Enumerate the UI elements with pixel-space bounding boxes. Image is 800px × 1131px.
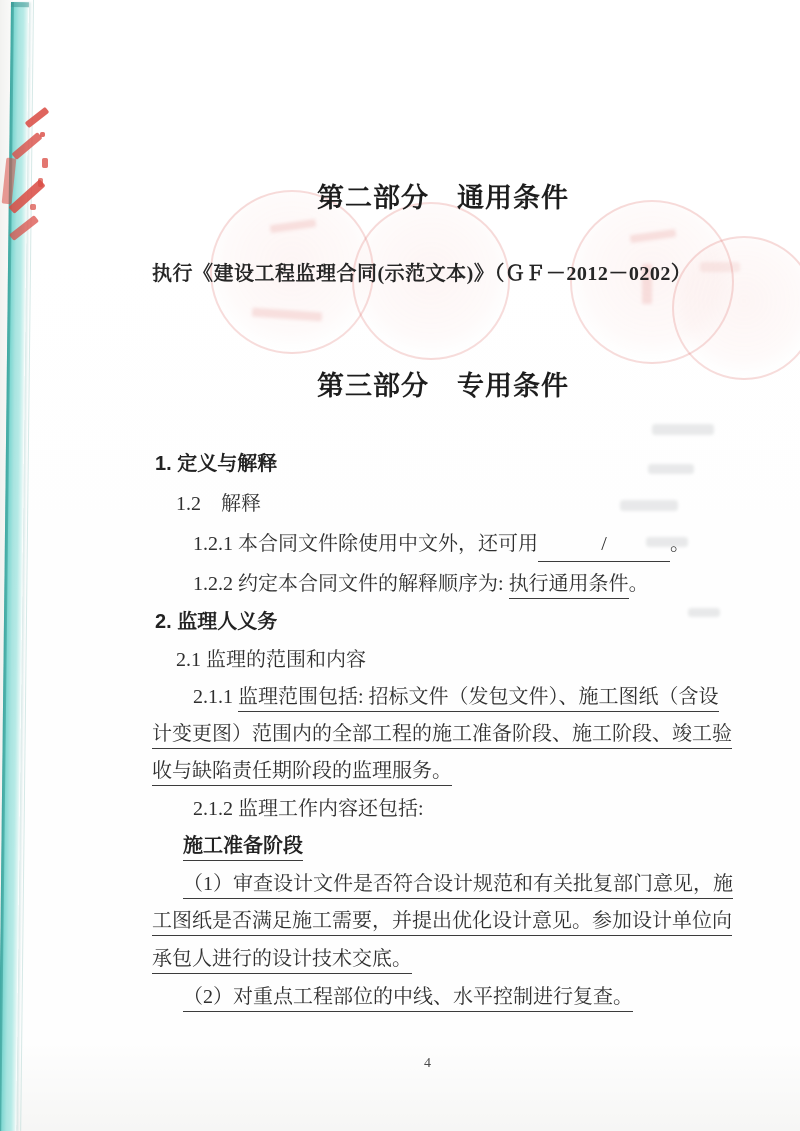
filled-in-answer: 执行通用条件 <box>509 573 629 599</box>
clause-2-1-1-number: 2.1.1 <box>193 686 238 708</box>
clause-1-2-2: 1.2.2 约定本合同文件的解释顺序为: 执行通用条件。 <box>193 571 649 598</box>
clause-2-1-1-underlined: 计变更图）范围内的全部工程的施工准备阶段、施工阶段、竣工验 <box>152 723 732 749</box>
seal-mark <box>252 308 322 322</box>
clause-1-2-1-period: 。 <box>670 533 690 555</box>
stamp-stroke <box>25 107 50 129</box>
clause-2-1: 2.1 监理的范围和内容 <box>176 647 366 674</box>
fill-in-blank: / <box>538 531 670 562</box>
item-1-line1: （1）审查设计文件是否符合设计规范和有关批复部门意见，施 <box>183 871 733 898</box>
clause-2-1-1-underlined: 收与缺陷责任期阶段的监理服务。 <box>152 760 452 786</box>
part3-heading: 第三部分 专用条件 <box>317 368 569 404</box>
execution-reference-line: 执行《建设工程监理合同(示范文本)》（ＧＦ－2012－0202） <box>152 261 691 288</box>
item-1-text: 工图纸是否满足施工需要，并提出优化设计意见。参加设计单位向 <box>152 910 732 936</box>
clause-2-1-1-underlined: 监理范围包括: 招标文件（发包文件）、施工图纸（含设 <box>238 686 719 712</box>
stage-heading-text: 施工准备阶段 <box>183 835 303 861</box>
item-2-line: （2）对重点工程部位的中线、水平控制进行复查。 <box>183 984 633 1011</box>
clause-2-1-1-line3: 收与缺陷责任期阶段的监理服务。 <box>152 758 452 785</box>
clause-1-2: 1.2 解释 <box>176 491 261 518</box>
clause-1-2-1: 1.2.1 本合同文件除使用中文外，还可用/。 <box>193 531 690 562</box>
section-1-title: 1. 定义与解释 <box>155 451 277 478</box>
bleed-through-mark <box>648 464 694 474</box>
clause-2-1-2: 2.1.2 监理工作内容还包括: <box>193 796 424 823</box>
item-1-line2: 工图纸是否满足施工需要，并提出优化设计意见。参加设计单位向 <box>152 908 732 935</box>
clause-2-1-1-line2: 计变更图）范围内的全部工程的施工准备阶段、施工阶段、竣工验 <box>152 721 732 748</box>
section-2-title: 2. 监理人义务 <box>155 609 277 636</box>
stamp-stroke <box>11 132 42 160</box>
faint-round-seal <box>672 236 800 380</box>
item-1-text: （1）审查设计文件是否符合设计规范和有关批复部门意见，施 <box>183 873 733 899</box>
stamp-dot <box>38 178 43 187</box>
item-1-text: 承包人进行的设计技术交底。 <box>152 948 412 974</box>
bleed-through-mark <box>620 500 678 511</box>
seal-mark <box>270 219 317 233</box>
red-stamp-fragment <box>0 100 60 270</box>
page-number: 4 <box>424 1055 431 1074</box>
seal-mark <box>630 229 677 243</box>
clause-2-1-1-line1: 2.1.1 监理范围包括: 招标文件（发包文件）、施工图纸（含设 <box>193 684 719 711</box>
item-2-text: （2）对重点工程部位的中线、水平控制进行复查。 <box>183 986 633 1012</box>
bleed-through-mark <box>700 262 740 272</box>
clause-1-2-2-period: 。 <box>629 573 649 595</box>
bleed-through-mark <box>652 424 714 435</box>
stage-heading: 施工准备阶段 <box>183 833 303 860</box>
clause-1-2-1-text: 1.2.1 本合同文件除使用中文外，还可用 <box>193 533 538 555</box>
scanned-document-page: 第二部分 通用条件 执行《建设工程监理合同(示范文本)》（ＧＦ－2012－020… <box>0 0 800 1131</box>
clause-1-2-2-text: 1.2.2 约定本合同文件的解释顺序为: <box>193 573 509 595</box>
stamp-stroke <box>2 158 17 205</box>
part2-heading: 第二部分 通用条件 <box>317 180 569 216</box>
stamp-dot <box>42 158 48 168</box>
stamp-stroke <box>9 215 39 241</box>
stamp-dot <box>30 204 36 210</box>
bleed-through-mark <box>688 608 720 617</box>
item-1-line3: 承包人进行的设计技术交底。 <box>152 946 412 973</box>
stamp-dot <box>40 132 45 137</box>
